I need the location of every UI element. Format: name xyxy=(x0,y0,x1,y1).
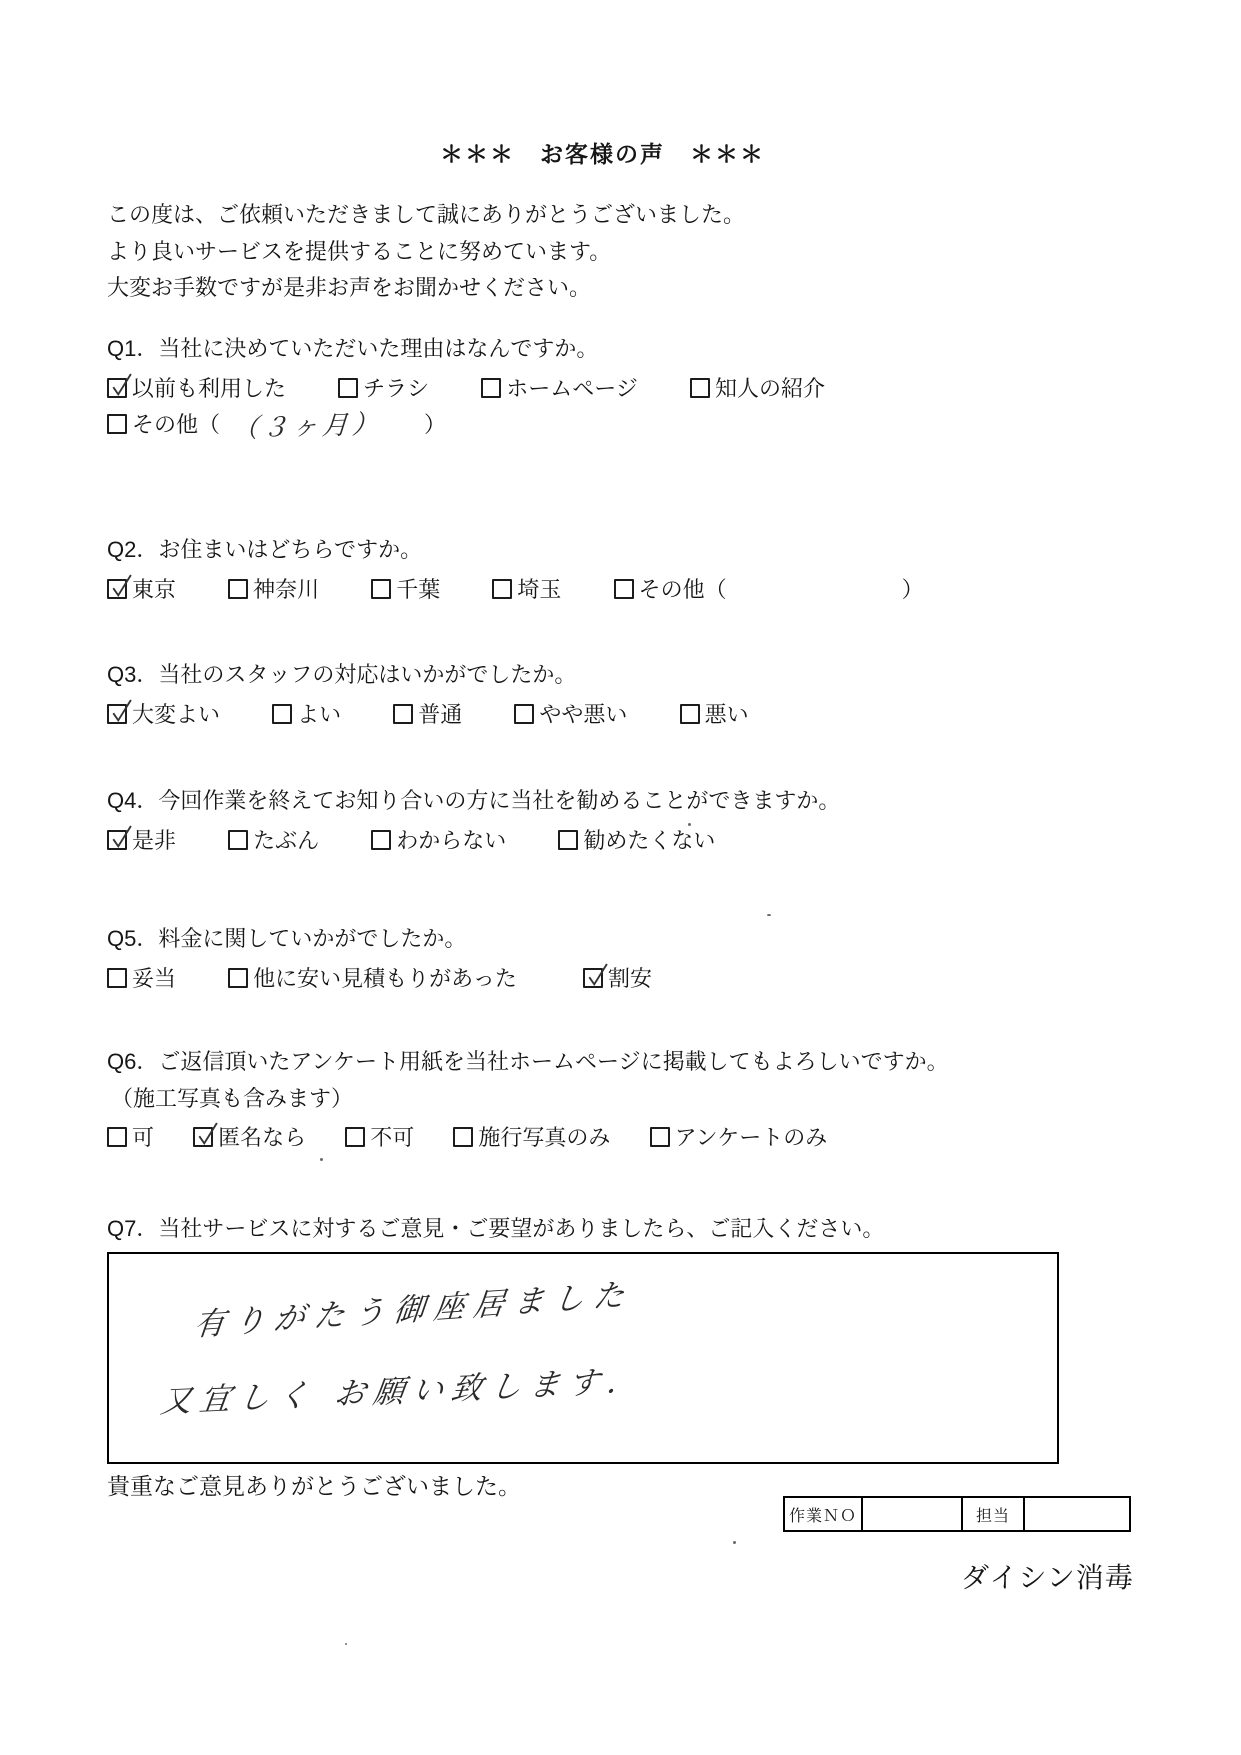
closing-thanks-text: 貴重なご意見ありがとうございました。 xyxy=(107,1468,521,1501)
q3-option-1-label: 大変よい xyxy=(132,702,220,727)
q2-option-other-label: その他（ xyxy=(639,577,727,602)
question-2-label: Q2．お住まいはどちらですか。 xyxy=(107,533,924,564)
q2-option-4-label: 埼玉 xyxy=(517,577,561,602)
question-7-label: Q7．当社サービスに対するご意見・ご要望がありましたら、ご記入ください。 xyxy=(107,1212,884,1243)
question-4: Q4．今回作業を終えてお知り合いの方に当社を勧めることができますか。 是非 たぶ… xyxy=(107,784,840,858)
q1-option-3: ホームページ xyxy=(481,372,638,406)
q2-option-3-label: 千葉 xyxy=(396,577,440,602)
q4-option-4-label: 勧めたくない xyxy=(583,828,715,853)
question-3-options-row: 大変よい よい 普通 やや悪い 悪い xyxy=(107,698,749,732)
q6-option-2-checkbox[interactable] xyxy=(193,1127,213,1147)
q1-option-2-label: チラシ xyxy=(363,376,429,401)
q6-option-3-label: 不可 xyxy=(370,1125,414,1150)
intro-line-1: この度は、ご依頼いただきまして誠にありがとうございました。 xyxy=(107,197,745,234)
question-1: Q1．当社に決めていただいた理由はなんですか。 以前も利用した チラシ ホームペ… xyxy=(107,332,871,444)
handwritten-comment-line-1: 有りがたう御座居ました xyxy=(192,1268,636,1344)
q2-option-4: 埼玉 xyxy=(492,573,561,607)
q3-option-2-checkbox[interactable] xyxy=(272,704,292,724)
q1-option-other-checkbox[interactable] xyxy=(107,414,127,434)
q6-option-1-label: 可 xyxy=(132,1125,154,1150)
q2-option-3: 千葉 xyxy=(371,573,440,607)
checkmark-icon xyxy=(196,1122,218,1146)
q1-option-4-checkbox[interactable] xyxy=(690,378,710,398)
q4-option-1-checkbox[interactable] xyxy=(107,830,127,850)
question-4-options-row: 是非 たぶん わからない 勧めたくない xyxy=(107,824,840,858)
question-5-options-row: 妥当 他に安い見積もりがあった 割安 xyxy=(107,962,652,996)
q4-option-2: たぶん xyxy=(228,824,319,858)
q2-option-1-label: 東京 xyxy=(132,577,176,602)
worklog-staff-value xyxy=(1025,1498,1129,1530)
worklog-staff-label: 担当 xyxy=(963,1498,1025,1530)
q4-option-1-label: 是非 xyxy=(132,828,176,853)
q1-option-2: チラシ xyxy=(338,372,429,406)
q1-other-close-paren: ） xyxy=(424,412,446,437)
q2-option-other-checkbox[interactable] xyxy=(614,579,634,599)
q4-option-3-checkbox[interactable] xyxy=(371,830,391,850)
intro-text: この度は、ご依頼いただきまして誠にありがとうございました。 より良いサービスを提… xyxy=(107,197,745,307)
company-name: ダイシン消毒 xyxy=(961,1556,1134,1596)
checkmark-icon xyxy=(110,574,132,598)
question-1-label: Q1．当社に決めていただいた理由はなんですか。 xyxy=(107,332,871,363)
question-5: Q5．料金に関していかがでしたか。 妥当 他に安い見積もりがあった 割安 xyxy=(107,922,652,996)
q6-option-4: 施行写真のみ xyxy=(453,1121,610,1155)
q5-option-3-label: 割安 xyxy=(608,966,652,991)
q6-option-2: 匿名なら xyxy=(193,1121,306,1155)
q2-other-close-paren: ） xyxy=(902,577,924,602)
q2-option-1-checkbox[interactable] xyxy=(107,579,127,599)
scan-artifact-dot xyxy=(733,1541,736,1544)
q4-option-2-label: たぶん xyxy=(253,828,319,853)
question-6-sublabel: （施工写真も含みます） xyxy=(111,1082,949,1113)
q6-option-5-checkbox[interactable] xyxy=(650,1127,670,1147)
question-6-label: Q6．ご返信頂いたアンケート用紙を当社ホームページに掲載してもよろしいですか。 xyxy=(107,1045,949,1076)
handwritten-comment-line-2: 又宜しく お願い致します. xyxy=(158,1356,628,1422)
q5-option-1-label: 妥当 xyxy=(132,966,176,991)
page-title: ＊＊＊ お客様の声 ＊＊＊ xyxy=(440,136,765,169)
scan-artifact-dot xyxy=(320,1158,323,1161)
q1-option-1: 以前も利用した xyxy=(107,372,286,406)
q6-option-3-checkbox[interactable] xyxy=(345,1127,365,1147)
q3-option-5-checkbox[interactable] xyxy=(680,704,700,724)
q2-option-3-checkbox[interactable] xyxy=(371,579,391,599)
q1-option-other: その他（（３ヶ月）） xyxy=(107,408,446,444)
q4-option-3: わからない xyxy=(371,824,506,858)
checkmark-icon xyxy=(110,373,132,397)
q6-option-4-checkbox[interactable] xyxy=(453,1127,473,1147)
q3-option-4-checkbox[interactable] xyxy=(514,704,534,724)
q5-option-1: 妥当 xyxy=(107,962,176,996)
q3-option-5-label: 悪い xyxy=(705,702,749,727)
q6-option-5-label: アンケートのみ xyxy=(675,1125,828,1150)
q3-option-3-label: 普通 xyxy=(418,702,462,727)
q3-option-3-checkbox[interactable] xyxy=(393,704,413,724)
q4-option-3-label: わからない xyxy=(396,828,506,853)
intro-line-2: より良いサービスを提供することに努めています。 xyxy=(107,234,745,271)
q1-other-handwritten-answer: （３ヶ月） xyxy=(231,407,383,446)
scan-artifact-dot xyxy=(688,823,691,826)
checkmark-icon xyxy=(586,963,608,987)
q3-option-2: よい xyxy=(272,698,341,732)
q1-option-other-label: その他（ xyxy=(132,412,220,437)
question-4-label: Q4．今回作業を終えてお知り合いの方に当社を勧めることができますか。 xyxy=(107,784,840,815)
q4-option-2-checkbox[interactable] xyxy=(228,830,248,850)
q2-option-2: 神奈川 xyxy=(228,573,319,607)
comment-input-box[interactable]: 有りがたう御座居ました 又宜しく お願い致します. xyxy=(107,1252,1059,1464)
q5-option-3: 割安 xyxy=(583,962,652,996)
q2-option-4-checkbox[interactable] xyxy=(492,579,512,599)
question-3: Q3．当社のスタッフの対応はいかがでしたか。 大変よい よい 普通 やや悪い 悪… xyxy=(107,658,749,732)
q5-option-1-checkbox[interactable] xyxy=(107,968,127,988)
scan-artifact-dot xyxy=(767,914,771,916)
question-3-label: Q3．当社のスタッフの対応はいかがでしたか。 xyxy=(107,658,749,689)
q2-option-1: 東京 xyxy=(107,573,176,607)
intro-line-3: 大変お手数ですが是非お声をお聞かせください。 xyxy=(107,270,745,307)
q1-option-1-checkbox[interactable] xyxy=(107,378,127,398)
q3-option-3: 普通 xyxy=(393,698,462,732)
q3-option-4-label: やや悪い xyxy=(539,702,627,727)
question-6: Q6．ご返信頂いたアンケート用紙を当社ホームページに掲載してもよろしいですか。 … xyxy=(107,1045,949,1155)
q2-option-2-label: 神奈川 xyxy=(253,577,319,602)
q4-option-4-checkbox[interactable] xyxy=(558,830,578,850)
checkmark-icon xyxy=(110,825,132,849)
worklog-no-value xyxy=(863,1498,963,1530)
q5-option-2: 他に安い見積もりがあった xyxy=(228,962,517,996)
q1-option-3-label: ホームページ xyxy=(506,376,638,401)
q6-option-5: アンケートのみ xyxy=(650,1121,828,1155)
question-6-options-row: 可 匿名なら 不可 施行写真のみ アンケートのみ xyxy=(107,1121,949,1155)
q5-option-3-checkbox[interactable] xyxy=(583,968,603,988)
scan-artifact-dot xyxy=(345,1643,347,1645)
q3-option-1-checkbox[interactable] xyxy=(107,704,127,724)
q6-option-1: 可 xyxy=(107,1121,154,1155)
question-5-label: Q5．料金に関していかがでしたか。 xyxy=(107,922,652,953)
q1-option-4-label: 知人の紹介 xyxy=(715,376,825,401)
survey-form-page: ＊＊＊ お客様の声 ＊＊＊ この度は、ご依頼いただきまして誠にありがとうございま… xyxy=(0,0,1241,1755)
q1-option-1-label: 以前も利用した xyxy=(132,376,286,401)
q3-option-1: 大変よい xyxy=(107,698,220,732)
checkmark-icon xyxy=(110,699,132,723)
q4-option-4: 勧めたくない xyxy=(558,824,715,858)
q2-option-other: その他（） xyxy=(614,573,924,607)
question-2-options-row: 東京 神奈川 千葉 埼玉 その他（） xyxy=(107,573,924,607)
q6-option-2-label: 匿名なら xyxy=(218,1125,306,1150)
worklog-table: 作業ＮＯ 担当 xyxy=(783,1496,1131,1532)
question-1-options-row-1: 以前も利用した チラシ ホームページ 知人の紹介 xyxy=(107,372,871,406)
question-7: Q7．当社サービスに対するご意見・ご要望がありましたら、ご記入ください。 xyxy=(107,1212,884,1243)
q1-option-2-checkbox[interactable] xyxy=(338,378,358,398)
q1-option-3-checkbox[interactable] xyxy=(481,378,501,398)
q3-option-4: やや悪い xyxy=(514,698,627,732)
q4-option-1: 是非 xyxy=(107,824,176,858)
q6-option-4-label: 施行写真のみ xyxy=(478,1125,610,1150)
q6-option-3: 不可 xyxy=(345,1121,414,1155)
worklog-no-label: 作業ＮＯ xyxy=(785,1498,863,1530)
q1-option-4: 知人の紹介 xyxy=(690,372,825,406)
q3-option-2-label: よい xyxy=(297,702,341,727)
q3-option-5: 悪い xyxy=(680,698,749,732)
question-2: Q2．お住まいはどちらですか。 東京 神奈川 千葉 埼玉 その他（） xyxy=(107,533,924,607)
q5-option-2-checkbox[interactable] xyxy=(228,968,248,988)
q6-option-1-checkbox[interactable] xyxy=(107,1127,127,1147)
question-1-options-row-2: その他（（３ヶ月）） xyxy=(107,408,871,444)
q2-option-2-checkbox[interactable] xyxy=(228,579,248,599)
q5-option-2-label: 他に安い見積もりがあった xyxy=(253,966,517,991)
